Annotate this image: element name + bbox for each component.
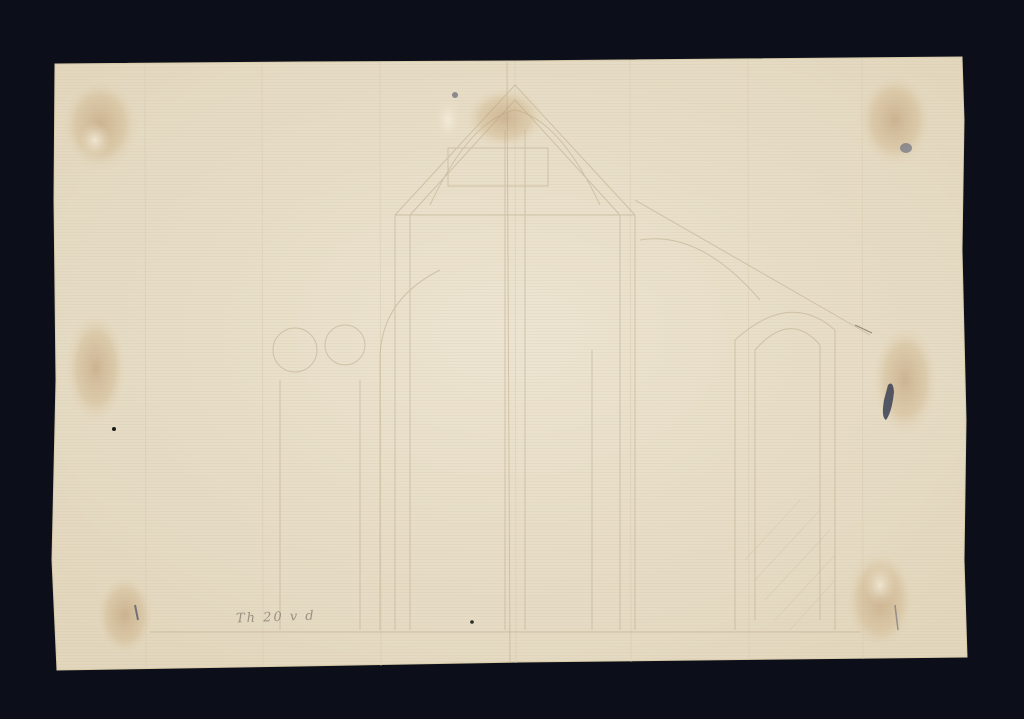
paper-sheet — [0, 0, 1024, 719]
photo-stage: Th 20 v d — [0, 0, 1024, 719]
pencil-inscription: Th 20 v d — [236, 609, 316, 627]
